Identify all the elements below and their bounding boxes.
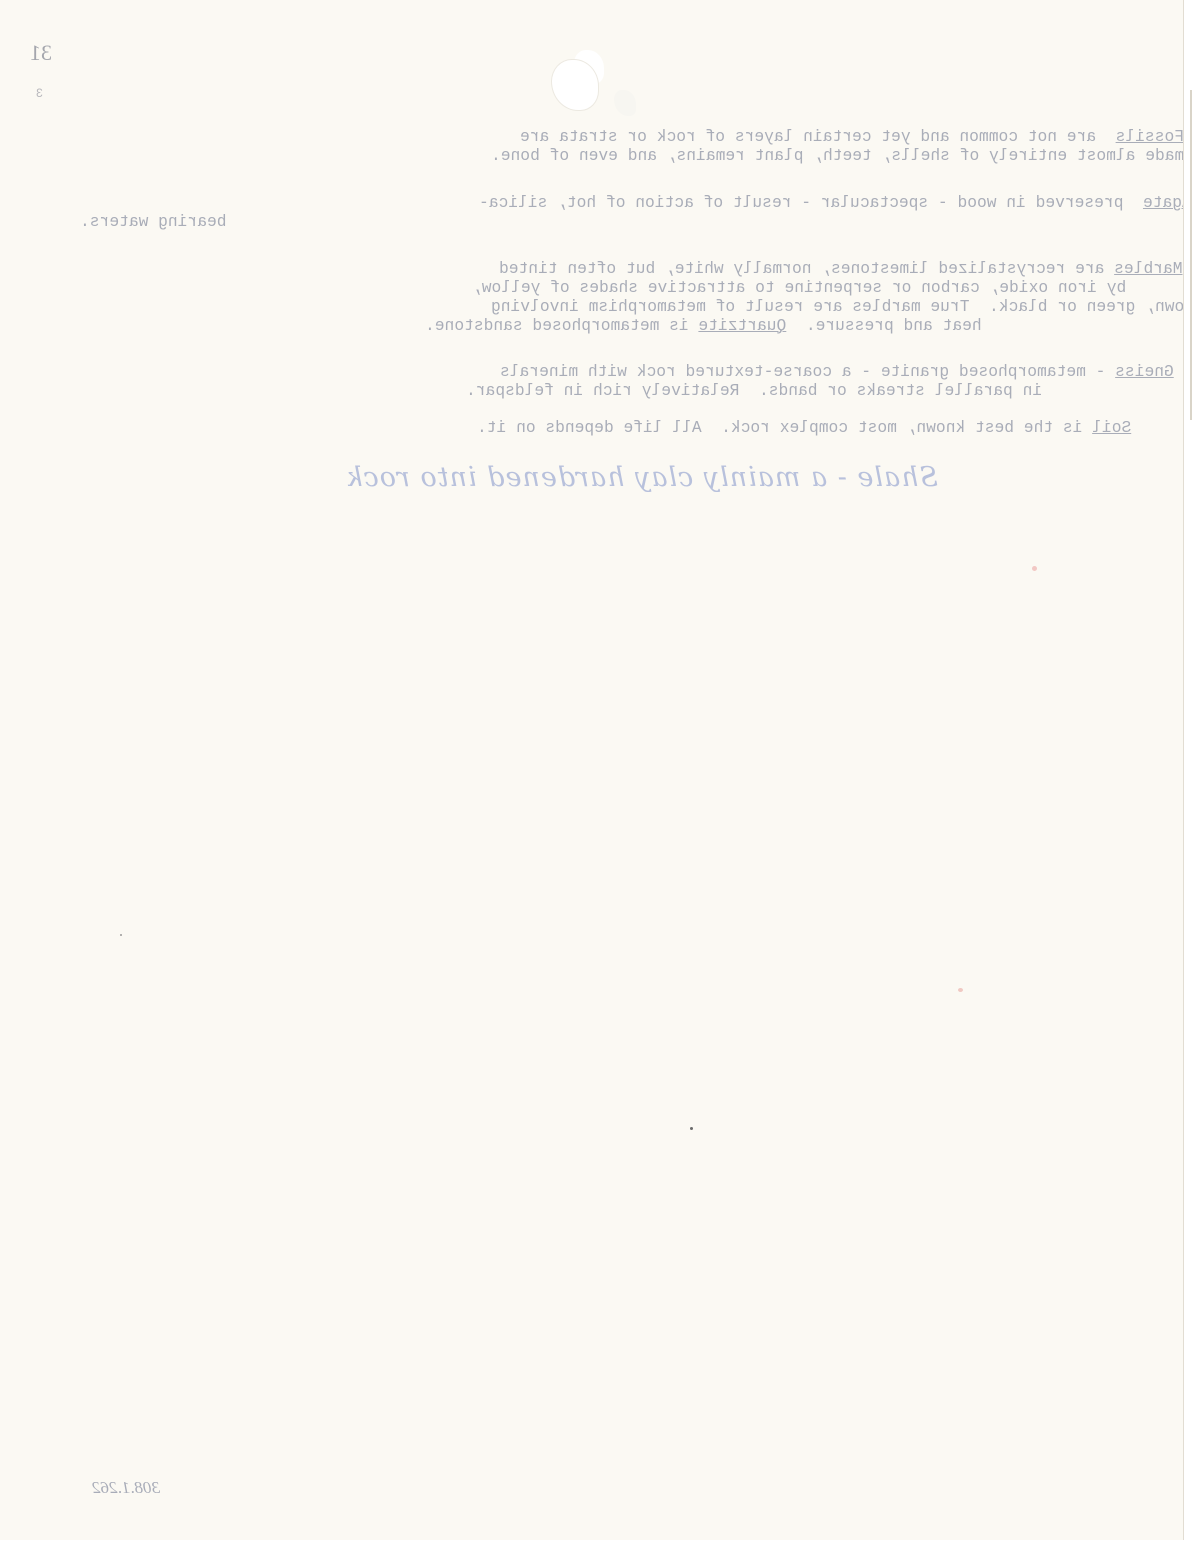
paper-tear-hole xyxy=(552,60,598,110)
paper-speck xyxy=(1032,566,1037,571)
paragraph-gneiss: Gneiss - metamorphosed granite - a coars… xyxy=(500,363,1174,382)
corner-mark: 3 xyxy=(36,86,43,100)
paragraph-marbles: Marbles are recrystalized limestones, no… xyxy=(499,260,1183,279)
typed-notes: Fossils are not common and yet certain l… xyxy=(42,128,1192,448)
paragraph-gneiss-line2: in parallel streaks or bands. Relatively… xyxy=(466,382,1042,401)
term-gneiss: Gneiss xyxy=(1115,363,1174,381)
paper-speck xyxy=(120,934,122,936)
page-number: 31 xyxy=(30,40,52,66)
archive-number: 308.1.262 xyxy=(92,1478,160,1498)
edge-mark xyxy=(1190,90,1192,420)
paragraph-fossils-line2: made almost entirely of shells, teeth, p… xyxy=(491,147,1184,166)
paragraph-soil: Soil is the best known, most complex roc… xyxy=(477,419,1131,438)
paragraph-agate-line2: bearing waters. xyxy=(80,213,226,232)
paragraph-fossils: Fossils are not common and yet certain l… xyxy=(520,128,1184,147)
paragraph-marbles-line2: by iron oxide, carbon or serpentine to a… xyxy=(472,279,1126,298)
term-fossils: Fossils xyxy=(1116,128,1184,146)
adjacent-page-edge xyxy=(1183,0,1200,1558)
term-quartzite: Quartzite xyxy=(699,317,787,335)
paragraph-marbles-line3: brown, green or black. True marbles are … xyxy=(491,298,1200,317)
paragraph-agate: Agate preserved in wood - spectacular - … xyxy=(479,194,1192,213)
term-marbles: Marbles xyxy=(1114,260,1182,278)
paper-speck xyxy=(690,1127,693,1130)
paragraph-marbles-line4: heat and pressure. Quartzite is metamorp… xyxy=(425,317,982,336)
term-soil: Soil xyxy=(1092,419,1131,437)
scan-margin xyxy=(0,1540,1200,1558)
paper-speck xyxy=(958,988,963,992)
handwritten-note: Shale - a mainly clay hardened into rock xyxy=(88,462,938,493)
document-page: 31 3 Fossils are not common and yet cert… xyxy=(0,0,1183,1540)
